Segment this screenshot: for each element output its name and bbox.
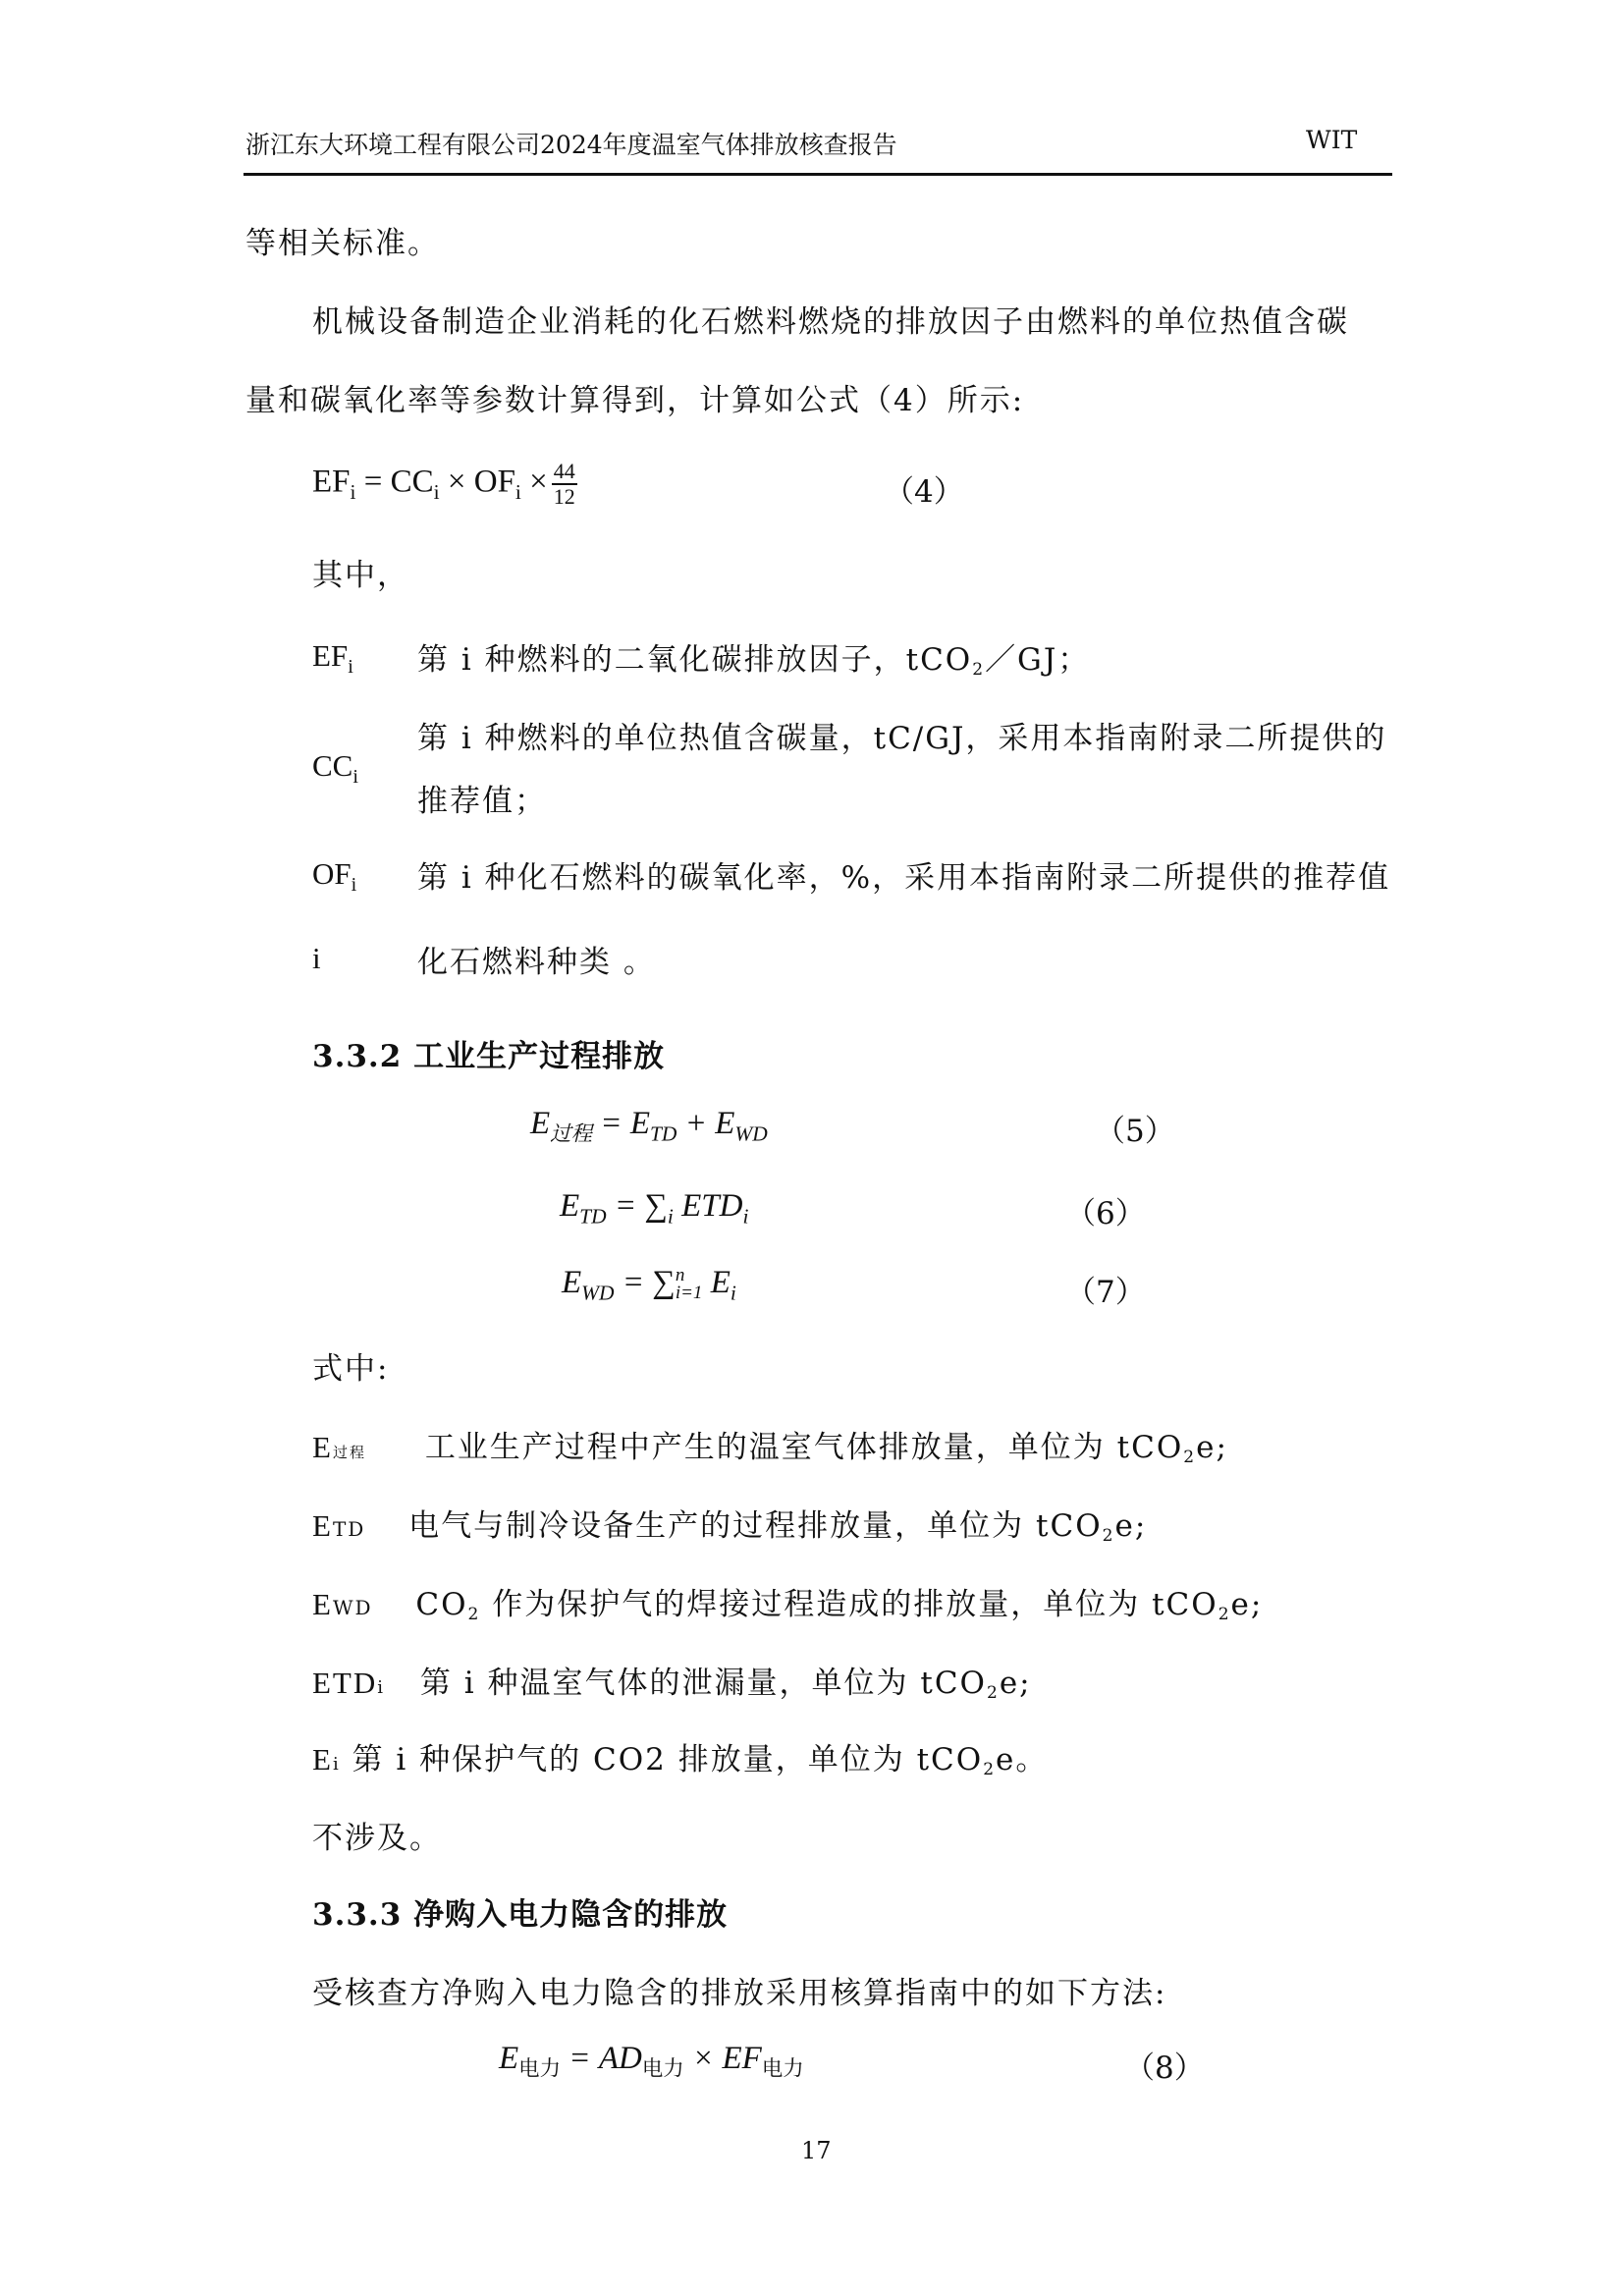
sym: E (312, 1587, 333, 1621)
eq-term: E (560, 1188, 579, 1224)
def-text: 作为保护气的焊接过程造成的排放量，单位为 tCO (492, 1587, 1218, 1622)
eq-sub: 电力 (642, 2057, 684, 2081)
co2-prefix: CO (415, 1587, 467, 1622)
fraction: 4412 (552, 460, 577, 509)
sym-sub: 过程 (333, 1444, 366, 1461)
def-ewd: EWD CO2 作为保护气的焊接过程造成的排放量，单位为 tCO2e; (312, 1579, 1263, 1624)
eq-sub: WD (581, 1282, 614, 1305)
equation-4: EFi = CCi × OFi ×4412 (312, 460, 577, 509)
equation-4-number: （4） (884, 466, 964, 511)
eq-term: E (715, 1106, 734, 1141)
sym: EF (312, 638, 348, 673)
def-tail: e。 (996, 1742, 1048, 1777)
sym-sub: i (348, 656, 353, 678)
sym: E (312, 1742, 333, 1777)
equation-8-number: （8） (1124, 2043, 1205, 2087)
page-number: 17 (801, 2137, 832, 2164)
sym-sub: i (377, 1677, 385, 1698)
equation-6: ETD = ∑i ETDi (560, 1188, 748, 1230)
eq-sub: i (515, 480, 521, 504)
sym: E (312, 1430, 333, 1464)
def-symbol-i: i (312, 941, 321, 976)
paragraph-1-line1: 机械设备制造企业消耗的化石燃料燃烧的排放因子由燃料的单位热值含碳 (312, 297, 1349, 341)
equation-6-number: （6） (1065, 1188, 1146, 1232)
where-label-2: 式中: (312, 1343, 389, 1388)
eq-sub: i (434, 480, 440, 504)
sub: 2 (468, 1605, 481, 1624)
eq-sub: i (742, 1205, 748, 1229)
sub: 2 (1218, 1605, 1231, 1624)
denominator: 12 (554, 485, 575, 509)
def-etd: ETD 电气与制冷设备生产的过程排放量，单位为 tCO2e; (312, 1501, 1147, 1546)
def-ei: Ei 第 i 种保护气的 CO2 排放量，单位为 tCO2e。 (312, 1734, 1048, 1779)
numerator: 44 (552, 460, 577, 485)
def-tail: ／GJ； (985, 642, 1090, 678)
equation-5: E过程 = ETD + EWD (530, 1106, 768, 1148)
not-applicable: 不涉及。 (312, 1813, 442, 1857)
eq-sub: i (731, 1282, 736, 1305)
sym-sub: TD (333, 1517, 365, 1541)
eq-term: E (499, 2041, 518, 2076)
eq-sub: 电力 (762, 2057, 804, 2081)
def-tail: e; (1196, 1430, 1228, 1465)
sub: 2 (972, 660, 985, 680)
equation-7-number: （7） (1065, 1267, 1146, 1311)
section-heading-333: 3.3.3 净购入电力隐含的排放 (312, 1889, 728, 1934)
where-label-1: 其中， (312, 550, 409, 594)
def-e-process: E过程 工业生产过程中产生的温室气体排放量，单位为 tCO2e; (312, 1422, 1228, 1467)
def-tail: e; (1000, 1666, 1032, 1701)
def-etdi: ETDi 第 i 种温室气体的泄漏量，单位为 tCO2e; (312, 1658, 1032, 1703)
sym-sub: i (352, 766, 358, 788)
def-text: 第 i 种燃料的二氧化碳排放因子，tCO (417, 642, 972, 678)
sum-icon: ∑ (644, 1188, 668, 1224)
eq-term: E (711, 1265, 731, 1300)
sym: OF (312, 856, 352, 891)
def-text: 工业生产过程中产生的温室气体排放量，单位为 tCO (425, 1430, 1183, 1465)
eq-term: E (530, 1106, 550, 1141)
equation-8: E电力 = AD电力 × EF电力 (499, 2041, 804, 2083)
def-text-i: 化石燃料种类 。 (417, 937, 656, 981)
header-title: 浙江东大环境工程有限公司2024年度温室气体排放核查报告 (245, 126, 897, 161)
def-tail: e; (1231, 1587, 1264, 1622)
def-symbol-cc: CCi (312, 748, 358, 789)
equation-5-number: （5） (1095, 1106, 1175, 1150)
sym-sub: WD (333, 1596, 373, 1619)
sub: 2 (983, 1760, 996, 1779)
eq-sub: TD (579, 1205, 606, 1229)
eq-term: CC (391, 465, 434, 500)
header-right: WIT (1306, 126, 1357, 154)
eq-term: EF (312, 465, 351, 500)
eq-term: E (562, 1265, 581, 1300)
def-text: 电气与制冷设备生产的过程排放量，单位为 tCO (408, 1508, 1102, 1544)
def-text: 第 i 种温室气体的泄漏量，单位为 tCO (420, 1666, 987, 1701)
eq-term: EF (722, 2041, 761, 2076)
eq-sub: 电力 (518, 2057, 561, 2081)
sym-sub: i (333, 1754, 341, 1775)
eq-term: ETD (681, 1188, 742, 1224)
sym: E (312, 1508, 333, 1543)
sum-limits: ni=1 (676, 1267, 703, 1302)
eq-sub: TD (650, 1122, 677, 1146)
eq-sub: WD (734, 1122, 767, 1146)
header-rule (244, 173, 1392, 176)
def-symbol-of: OFi (312, 856, 356, 897)
equation-7: EWD = ∑ni=1 Ei (562, 1265, 736, 1306)
sum-sub: i=1 (676, 1285, 703, 1302)
def-text-ef: 第 i 种燃料的二氧化碳排放因子，tCO2／GJ； (417, 634, 1090, 680)
sub: 2 (987, 1683, 1000, 1703)
def-text-of: 第 i 种化石燃料的碳氧化率，%，采用本指南附录二所提供的推荐值 (417, 852, 1390, 897)
def-text-cc-line1: 第 i 种燃料的单位热值含碳量，tC/GJ，采用本指南附录二所提供的 (417, 713, 1386, 757)
section-heading-332: 3.3.2 工业生产过程排放 (312, 1031, 665, 1075)
def-tail: e; (1114, 1508, 1147, 1544)
sub: 2 (1103, 1526, 1115, 1546)
def-text: 第 i 种保护气的 CO2 排放量，单位为 tCO (352, 1742, 984, 1777)
paragraph-333: 受核查方净购入电力隐含的排放采用核算指南中的如下方法: (312, 1968, 1166, 2012)
sym: CC (312, 748, 352, 783)
paragraph-1-line2: 量和碳氧化率等参数计算得到，计算如公式（4）所示: (245, 375, 1024, 419)
eq-term: E (630, 1106, 650, 1141)
eq-sub: 过程 (550, 1122, 592, 1146)
eq-term: AD (599, 2041, 642, 2076)
sum-sub: i (668, 1205, 674, 1229)
sub: 2 (1183, 1448, 1196, 1467)
sym-sub: i (352, 874, 357, 896)
eq-term: OF (474, 465, 515, 500)
eq-sub: i (351, 480, 356, 504)
def-text-cc-line2: 推荐值； (417, 776, 547, 820)
sym: ETD (312, 1666, 377, 1700)
def-symbol-ef: EFi (312, 638, 353, 679)
sum-icon: ∑ (652, 1265, 676, 1300)
paragraph-0: 等相关标准。 (245, 218, 440, 262)
